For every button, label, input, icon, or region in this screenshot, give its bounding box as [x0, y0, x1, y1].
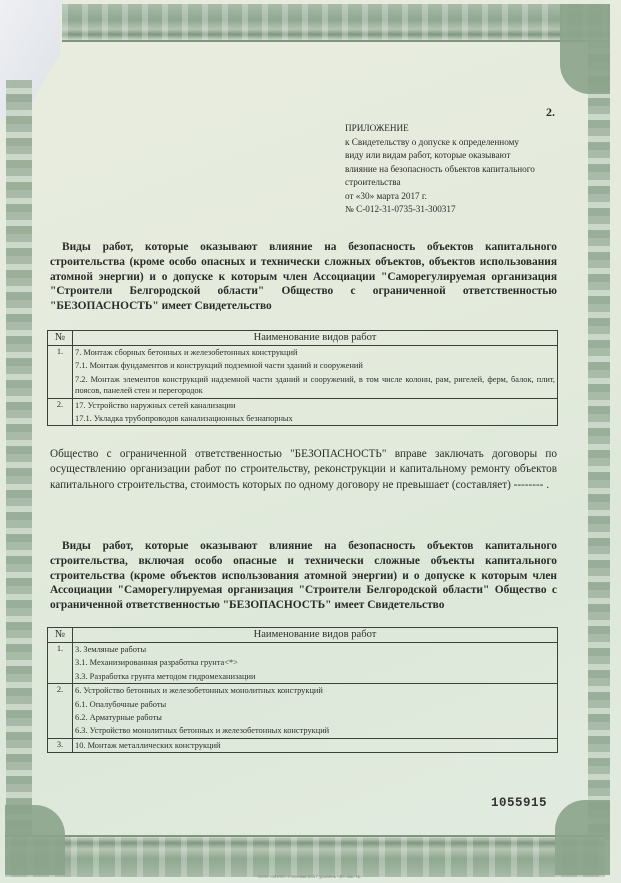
work-item: 3.1. Механизированная разработка грунта<… [75, 656, 555, 669]
column-header-number: № [48, 628, 73, 643]
table-row: 3. 10. Монтаж металлических конструкций [48, 738, 558, 752]
appendix-line: строительства [345, 176, 585, 190]
row-number: 1. [48, 346, 73, 399]
table-header-row: № Наименование видов работ [48, 331, 558, 346]
works-table-1: № Наименование видов работ 1. 7. Монтаж … [47, 330, 558, 426]
work-item: 7.2. Монтаж элементов конструкций надзем… [75, 373, 555, 398]
row-items: 17. Устройство наружных сетей канализаци… [73, 398, 558, 426]
work-item: 6. Устройство бетонных и железобетонных … [75, 684, 555, 697]
table-header-row: № Наименование видов работ [48, 628, 558, 643]
printer-imprint: ООО «ЗНАК» г. Москва 2017 уровень «В» за… [258, 874, 360, 879]
section2-heading: Виды работ, которые оказывают влияние на… [50, 539, 557, 613]
document-content: 2. ПРИЛОЖЕНИЕ к Свидетельству о допуске … [0, 0, 621, 883]
work-item: 6.3. Устройство монолитных бетонных и же… [75, 724, 555, 737]
row-number: 2. [48, 398, 73, 426]
appendix-line: влияние на безопасность объектов капитал… [345, 163, 585, 177]
appendix-line: к Свидетельству о допуске к определенном… [345, 136, 585, 150]
row-number: 2. [48, 684, 73, 739]
work-item: 17.1. Укладка трубопроводов канализацион… [75, 412, 555, 425]
row-items: 10. Монтаж металлических конструкций [73, 738, 558, 752]
table-row: 2. 17. Устройство наружных сетей канализ… [48, 398, 558, 426]
page-number: 2. [546, 105, 555, 120]
work-item: 6.1. Опалубочные работы [75, 698, 555, 711]
column-header-work-name: Наименование видов работ [73, 628, 558, 643]
work-item: 7.1. Монтаж фундаментов и конструкций по… [75, 359, 555, 372]
section1-heading: Виды работ, которые оказывают влияние на… [50, 240, 557, 314]
serial-number: 1055915 [491, 796, 547, 810]
work-item: 7. Монтаж сборных бетонных и железобетон… [75, 346, 555, 359]
table-row: 1. 3. Земляные работы 3.1. Механизирован… [48, 643, 558, 684]
column-header-work-name: Наименование видов работ [73, 331, 558, 346]
row-items: 3. Земляные работы 3.1. Механизированная… [73, 643, 558, 684]
appendix-date: от «30» марта 2017 г. [345, 190, 585, 204]
work-item: 6.2. Арматурные работы [75, 711, 555, 724]
work-item: 3. Земляные работы [75, 643, 555, 656]
work-item: 10. Монтаж металлических конструкций [75, 739, 555, 752]
row-items: 6. Устройство бетонных и железобетонных … [73, 684, 558, 739]
column-header-number: № [48, 331, 73, 346]
row-items: 7. Монтаж сборных бетонных и железобетон… [73, 346, 558, 399]
table-row: 1. 7. Монтаж сборных бетонных и железобе… [48, 346, 558, 399]
work-item: 17. Устройство наружных сетей канализаци… [75, 399, 555, 412]
appendix-header: ПРИЛОЖЕНИЕ к Свидетельству о допуске к о… [345, 122, 585, 217]
appendix-title: ПРИЛОЖЕНИЕ [345, 122, 585, 136]
appendix-line: виду или видам работ, которые оказывают [345, 149, 585, 163]
row-number: 1. [48, 643, 73, 684]
contract-limit-paragraph: Общество с ограниченной ответственностью… [50, 447, 557, 493]
table-row: 2. 6. Устройство бетонных и железобетонн… [48, 684, 558, 739]
works-table-2: № Наименование видов работ 1. 3. Земляны… [47, 627, 558, 753]
appendix-certificate-number: № С-012-31-0735-31-300317 [345, 203, 585, 217]
work-item: 3.3. Разработка грунта методом гидромеха… [75, 670, 555, 683]
row-number: 3. [48, 738, 73, 752]
